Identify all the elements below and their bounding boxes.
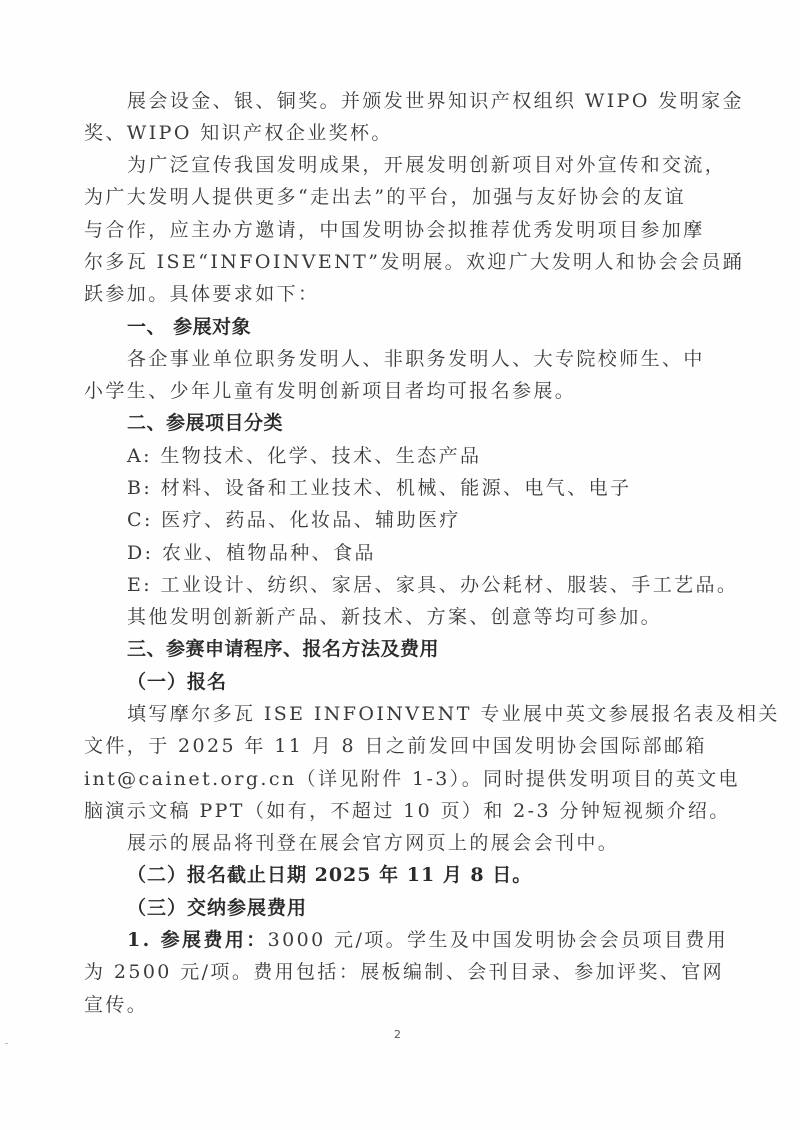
subheading-deadline: （二）报名截止日期 2025 年 11 月 8 日。 [127, 863, 767, 887]
document-page: 展会设金、银、铜奖。并颁发世界知识产权组织 WIPO 发明家金 奖、WIPO 知… [0, 0, 800, 1130]
paragraph-line: 宣传。 [84, 993, 724, 1017]
paragraph-line-fee: 1. 参展费用：3000 元/项。学生及中国发明协会会员项目费用 [127, 928, 767, 952]
paragraph-line: 为广大发明人提供更多“走出去”的平台，加强与友好协会的友谊 [84, 185, 724, 209]
category-item-a: A: 生物技术、化学、技术、生态产品 [127, 444, 767, 468]
category-item-d: D: 农业、植物品种、食品 [127, 541, 767, 565]
paragraph-line: 跃参加。具体要求如下： [84, 282, 724, 306]
section-heading-categories: 二、参展项目分类 [127, 411, 767, 435]
paragraph-line-email: int@cainet.org.cn（详见附件 1-3）。同时提供发明项目的英文电 [84, 767, 724, 791]
paragraph-line: 各企事业单位职务发明人、非职务发明人、大专院校师生、中 [127, 347, 767, 371]
paragraph-line: 其他发明创新新产品、新技术、方案、创意等均可参加。 [127, 605, 767, 629]
paragraph-line: 文件，于 2025 年 11 月 8 日之前发回中国发明协会国际部邮箱 [84, 734, 724, 758]
paragraph-line: 展会设金、银、铜奖。并颁发世界知识产权组织 WIPO 发明家金 [127, 89, 767, 113]
paragraph-line: 为广泛宣传我国发明成果，开展发明创新项目对外宣传和交流， [127, 153, 767, 177]
paragraph-line: 小学生、少年儿童有发明创新项目者均可报名参展。 [84, 379, 724, 403]
category-item-c: C: 医疗、药品、化妆品、辅助医疗 [127, 508, 767, 532]
page-number: 2 [394, 1028, 401, 1041]
paragraph-line: 为 2500 元/项。费用包括：展板编制、会刊目录、参加评奖、官网 [84, 960, 724, 984]
category-item-e: E: 工业设计、纺织、家居、家具、办公耗材、服装、手工艺品。 [127, 573, 767, 597]
section-heading-application: 三、参赛申请程序、报名方法及费用 [127, 637, 767, 661]
scan-speck [5, 1043, 8, 1044]
subheading-fees: （三）交纳参展费用 [127, 896, 767, 920]
paragraph-line: 填写摩尔多瓦 ISE INFOINVENT 专业展中英文参展报名表及相关 [127, 702, 767, 726]
section-heading-participants: 一、 参展对象 [127, 315, 767, 339]
paragraph-line: 奖、WIPO 知识产权企业奖杯。 [84, 121, 724, 145]
subheading-registration: （一）报名 [127, 670, 767, 694]
category-item-b: B: 材料、设备和工业技术、机械、能源、电气、电子 [127, 476, 767, 500]
paragraph-line: 尔多瓦 ISE“INFOINVENT”发明展。欢迎广大发明人和协会会员踊 [84, 250, 724, 274]
paragraph-line: 脑演示文稿 PPT（如有，不超过 10 页）和 2-3 分钟短视频介绍。 [84, 799, 724, 823]
paragraph-line: 展示的展品将刊登在展会官方网页上的展会会刊中。 [127, 831, 767, 855]
fee-label: 1. 参展费用： [127, 929, 268, 951]
fee-text: 3000 元/项。学生及中国发明协会会员项目费用 [268, 929, 728, 951]
paragraph-line: 与合作，应主办方邀请，中国发明协会拟推荐优秀发明项目参加摩 [84, 218, 724, 242]
